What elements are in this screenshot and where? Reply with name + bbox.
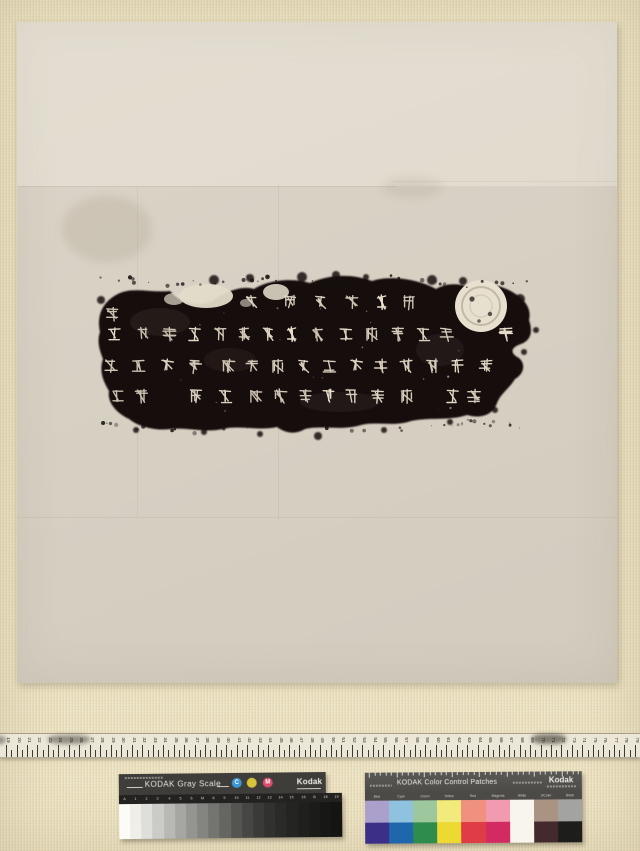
ruler-number: 38	[201, 735, 209, 744]
ruler-tick	[163, 745, 164, 757]
ruler-number: 28	[96, 735, 104, 744]
color-patch	[413, 800, 437, 822]
ruler-tick	[430, 750, 431, 757]
ruler-tick	[48, 745, 49, 757]
ruler-tick	[142, 745, 143, 757]
ruler-tick	[572, 745, 573, 757]
registration-dot-yellow	[247, 778, 257, 788]
color-patch-label: 3/Color	[539, 794, 552, 798]
ruler-tick	[441, 750, 442, 757]
color-patches-bar: KODAK Color Control Patches Kodak BlueCy…	[365, 771, 582, 844]
ruler-tick	[6, 745, 7, 757]
gray-step	[275, 802, 287, 837]
ruler-number: 24	[54, 735, 62, 744]
ruler-tick	[17, 745, 18, 757]
ruler-tick	[294, 750, 295, 757]
ruler-tick	[320, 745, 321, 757]
gray-step	[297, 802, 309, 837]
ruler-number: 39	[212, 735, 220, 744]
ruler-tick	[394, 745, 395, 757]
ruler-number: 69	[526, 735, 534, 744]
ruler-tick	[179, 750, 180, 757]
ruler-tick	[404, 745, 405, 757]
ruler-tick	[231, 750, 232, 757]
ruler-tick	[341, 745, 342, 757]
ruler-tick	[242, 750, 243, 757]
gray-step-label: 2	[143, 797, 150, 803]
ruler-number: 45	[275, 735, 283, 744]
ruler-tick	[53, 750, 54, 757]
ruler-tick	[22, 750, 23, 757]
ruler-number: 60	[432, 735, 440, 744]
ruler-tick	[472, 750, 473, 757]
ruler-number: 66	[495, 735, 503, 744]
ruler-tick	[247, 745, 248, 757]
gray-step	[152, 804, 164, 839]
gray-step	[164, 804, 176, 839]
color-patch-label: White	[515, 794, 528, 798]
ruler-tick	[457, 745, 458, 757]
ruler-tick	[64, 750, 65, 757]
gray-scale-header: KODAK Gray Scale C M Kodak	[119, 772, 326, 795]
color-patches-header: KODAK Color Control Patches Kodak	[365, 771, 582, 794]
gray-step-label: 5	[177, 796, 184, 802]
ruler-tick	[315, 750, 316, 757]
gray-step-label: 10	[233, 796, 240, 802]
ruler-tick	[289, 745, 290, 757]
color-patch	[461, 800, 485, 822]
gray-step	[264, 803, 276, 838]
ruler-tick	[189, 750, 190, 757]
ruler-number: 63	[463, 735, 471, 744]
ruler-number: 79	[631, 735, 639, 744]
ruler-number: 59	[421, 735, 429, 744]
ruler-tick	[27, 745, 28, 757]
ruler-tick	[69, 745, 70, 757]
ruler-tick	[561, 745, 562, 757]
ruler-number: 55	[379, 735, 387, 744]
color-patch	[437, 822, 461, 843]
ruler-tick	[630, 750, 631, 757]
ruler-number: 78	[620, 735, 628, 744]
ruler-tick	[598, 750, 599, 757]
ruler-tick	[11, 750, 12, 757]
ruler-tick	[95, 750, 96, 757]
ruler-tick	[205, 745, 206, 757]
ruler-tick	[399, 750, 400, 757]
color-patch	[534, 799, 558, 821]
ruler-tick	[588, 750, 589, 757]
ruler-tick	[127, 750, 128, 757]
ruler-tick	[100, 745, 101, 757]
ruler-tick	[541, 745, 542, 757]
gray-step-label: 1	[132, 797, 139, 803]
ruler-number: 52	[348, 735, 356, 744]
ruler-number: 76	[599, 735, 607, 744]
gray-step-label: 6	[188, 796, 195, 802]
ruler-number: 41	[233, 735, 241, 744]
ruler-number: 48	[306, 735, 314, 744]
ruler-number: 34	[159, 735, 167, 744]
ruler-tick	[357, 750, 358, 757]
ruler-tick	[383, 745, 384, 757]
color-patch	[510, 800, 534, 822]
ruler-tick	[168, 750, 169, 757]
ruler-tick	[326, 750, 327, 757]
ruler-number: 31	[128, 735, 136, 744]
ruler-number: 43	[254, 735, 262, 744]
ruler-tick	[58, 745, 59, 757]
ruler-tick	[210, 750, 211, 757]
color-patch	[510, 822, 534, 843]
ruler-tick	[446, 745, 447, 757]
ruler-tick	[252, 750, 253, 757]
ruler-tick	[85, 750, 86, 757]
gray-step	[320, 802, 332, 837]
ruler-tick	[90, 745, 91, 757]
ruler-tick	[624, 745, 625, 757]
divider	[127, 787, 143, 788]
gray-step	[175, 803, 187, 838]
gray-step-label: 14	[277, 795, 284, 801]
ruler-tick	[121, 745, 122, 757]
color-patch-label: Yellow	[443, 795, 456, 799]
ruler-tick	[467, 745, 468, 757]
ruler-tick	[415, 745, 416, 757]
divider	[217, 786, 229, 787]
color-patch	[365, 823, 389, 844]
ruler-tick	[148, 750, 149, 757]
ruler-number: 65	[484, 735, 492, 744]
ruler-tick	[373, 745, 374, 757]
ruler-tick	[509, 745, 510, 757]
gray-step-label: M	[199, 796, 206, 802]
color-patch-label: Black	[563, 794, 576, 798]
ruler-tick	[174, 745, 175, 757]
color-patch-label: Blue	[370, 795, 383, 799]
ruler-number: 32	[138, 735, 146, 744]
color-patch	[365, 801, 389, 823]
ruler-number: 49	[316, 735, 324, 744]
ruler-number: 27	[86, 735, 94, 744]
ruler-tick	[106, 750, 107, 757]
ruler-tick	[43, 750, 44, 757]
ruler-tick	[221, 750, 222, 757]
color-patch	[486, 822, 510, 843]
ruler-tick	[603, 745, 604, 757]
ruler-tick	[200, 750, 201, 757]
ruler-tick	[37, 745, 38, 757]
gray-scale-steps	[119, 802, 342, 839]
ruler-tick	[310, 745, 311, 757]
ruler-tick	[488, 745, 489, 757]
ruler-tick	[504, 750, 505, 757]
color-patch	[462, 822, 486, 843]
ruler-number: 30	[117, 735, 125, 744]
registration-dot-magenta: M	[263, 778, 273, 788]
gray-step	[309, 802, 321, 837]
ruler-number: 47	[295, 735, 303, 744]
ruler-tick	[158, 750, 159, 757]
ruler-number: 72	[557, 735, 565, 744]
color-patches-title: KODAK Color Control Patches	[397, 779, 497, 787]
ruler-number: 58	[411, 735, 419, 744]
rubbing-impression	[0, 0, 640, 851]
gray-step	[231, 803, 243, 838]
gray-step-label: 19	[333, 795, 340, 801]
ruler-number: 20	[13, 735, 21, 744]
ruler-tick	[216, 745, 217, 757]
ruler-number: 29	[107, 735, 115, 744]
color-patch-label: Green	[419, 795, 432, 799]
ruler-tick	[436, 745, 437, 757]
ruler-tick	[451, 750, 452, 757]
ruler-number: 26	[75, 735, 83, 744]
gray-step-label: 9	[221, 796, 228, 802]
ruler-tick	[499, 745, 500, 757]
fine-print	[125, 777, 163, 779]
ruler-tick	[362, 745, 363, 757]
ruler-number: 23	[44, 735, 52, 744]
ruler-tick	[347, 750, 348, 757]
ruler-tick	[258, 745, 259, 757]
ruler-number: 40	[222, 735, 230, 744]
ruler-tick	[567, 750, 568, 757]
ruler-number: 77	[610, 735, 618, 744]
gray-step	[253, 803, 265, 838]
ruler-number: 19	[2, 735, 10, 744]
ruler-tick	[535, 750, 536, 757]
gray-step-label: 16	[300, 795, 307, 801]
gray-step	[286, 802, 298, 837]
color-patch-label: Cyan	[394, 795, 407, 799]
ruler-number: 33	[149, 735, 157, 744]
ruler-tick	[609, 750, 610, 757]
ruler-number: 35	[170, 735, 178, 744]
ruler-tick	[273, 750, 274, 757]
ruler-number: 36	[180, 735, 188, 744]
ruler-number: 68	[516, 735, 524, 744]
gray-step-label: B	[311, 795, 318, 801]
ruler-number: 71	[547, 735, 555, 744]
ruler-tick	[74, 750, 75, 757]
ruler-tick	[32, 750, 33, 757]
ruler-tick	[352, 745, 353, 757]
ruler-tick	[226, 745, 227, 757]
gray-scale-title: KODAK Gray Scale	[145, 779, 221, 789]
ruler-tick	[420, 750, 421, 757]
gray-step	[208, 803, 220, 838]
ruler-tick	[619, 750, 620, 757]
ruler-tick	[593, 745, 594, 757]
ruler-number: 56	[390, 735, 398, 744]
ruler-number: 54	[369, 735, 377, 744]
gray-step	[141, 804, 153, 839]
ruler-tick	[478, 745, 479, 757]
ruler-number: 21	[23, 735, 31, 744]
ruler-tick	[132, 745, 133, 757]
ruler-tick	[331, 745, 332, 757]
color-patch	[437, 800, 461, 822]
ruler-tick	[279, 745, 280, 757]
color-patch	[534, 821, 558, 842]
ruler-tick	[577, 750, 578, 757]
color-patch	[485, 800, 509, 822]
gray-step	[186, 803, 198, 838]
ruler-number: 22	[33, 735, 41, 744]
ruler-number: 46	[285, 735, 293, 744]
ruler-tick	[153, 745, 154, 757]
gray-step	[197, 803, 209, 838]
ruler-tick	[116, 750, 117, 757]
gray-step-label: 11	[244, 795, 251, 801]
ruler-tick	[462, 750, 463, 757]
gray-step-label: 12	[255, 795, 262, 801]
ruler-number: 70	[537, 735, 545, 744]
gray-step-label: A	[121, 797, 128, 803]
ruler-tick	[525, 750, 526, 757]
ruler-tick	[111, 745, 112, 757]
gray-step-label: 15	[288, 795, 295, 801]
ruler-tick	[378, 750, 379, 757]
fine-print	[513, 782, 543, 784]
gray-step-label: 3	[154, 796, 161, 802]
color-patch	[389, 822, 413, 843]
ruler-tick	[514, 750, 515, 757]
ruler-number: 57	[400, 735, 408, 744]
ruler-tick	[305, 750, 306, 757]
ruler-number: 73	[568, 735, 576, 744]
ruler-tick	[79, 745, 80, 757]
ruler-tick	[368, 750, 369, 757]
color-patch	[558, 821, 582, 842]
ruler-number: 42	[243, 735, 251, 744]
ruler-tick	[546, 750, 547, 757]
ruler-tick	[299, 745, 300, 757]
mini-ruler-ticks	[369, 771, 578, 777]
ruler-number: 75	[589, 735, 597, 744]
ruler-tick	[425, 745, 426, 757]
gray-step	[331, 802, 343, 837]
gray-step-label: 18	[322, 795, 329, 801]
color-patch	[413, 822, 437, 843]
ruler-number: 37	[191, 735, 199, 744]
ruler-tick	[237, 745, 238, 757]
ruler-tick	[137, 750, 138, 757]
ruler-tick	[389, 750, 390, 757]
ruler-number: 50	[327, 735, 335, 744]
ruler-tick	[551, 745, 552, 757]
kodak-logo: Kodak	[549, 775, 574, 784]
ruler-number: 44	[264, 735, 272, 744]
ruler-tick	[195, 745, 196, 757]
kodak-logo: Kodak	[297, 777, 323, 786]
ruler-number: 74	[578, 735, 586, 744]
gray-scale-bar: KODAK Gray Scale C M Kodak A123456M89101…	[119, 772, 343, 839]
gray-step	[219, 803, 231, 838]
gray-step-label: 4	[166, 796, 173, 802]
divider	[297, 788, 321, 789]
ruler-number: 25	[65, 735, 73, 744]
fine-print	[370, 785, 392, 787]
ruler: 1920212223242526272829303132333435363738…	[0, 733, 640, 758]
color-patch-label: Red	[467, 795, 480, 799]
color-patch-row-tints	[365, 799, 582, 823]
ruler-tick	[410, 750, 411, 757]
ruler-tick	[556, 750, 557, 757]
gray-step	[119, 804, 131, 839]
ruler-tick	[284, 750, 285, 757]
ruler-tick	[184, 745, 185, 757]
ruler-tick	[614, 745, 615, 757]
ruler-tick	[493, 750, 494, 757]
color-patch	[389, 800, 413, 822]
ruler-number: 51	[337, 735, 345, 744]
ruler-tick	[520, 745, 521, 757]
gray-step-label: 8	[210, 796, 217, 802]
color-patch-row-saturated	[365, 821, 582, 844]
ruler-tick	[336, 750, 337, 757]
ruler-number: 62	[453, 735, 461, 744]
gray-step	[130, 804, 142, 839]
photo-canvas: 1920212223242526272829303132333435363738…	[0, 0, 640, 851]
fine-print	[547, 785, 577, 787]
gray-step-label: 13	[266, 795, 273, 801]
ruler-tick	[582, 745, 583, 757]
ruler-tick	[530, 745, 531, 757]
color-patch-label: Magenta	[491, 794, 504, 798]
ruler-number: 64	[474, 735, 482, 744]
ruler-number: 67	[505, 735, 513, 744]
ruler-number: 61	[442, 735, 450, 744]
ruler-tick	[483, 750, 484, 757]
ruler-tick	[635, 745, 636, 757]
ruler-tick	[268, 745, 269, 757]
color-patch	[558, 799, 582, 821]
ruler-tick	[263, 750, 264, 757]
registration-dot-cyan: C	[232, 778, 242, 788]
gray-step	[242, 803, 254, 838]
ruler-number: 53	[358, 735, 366, 744]
